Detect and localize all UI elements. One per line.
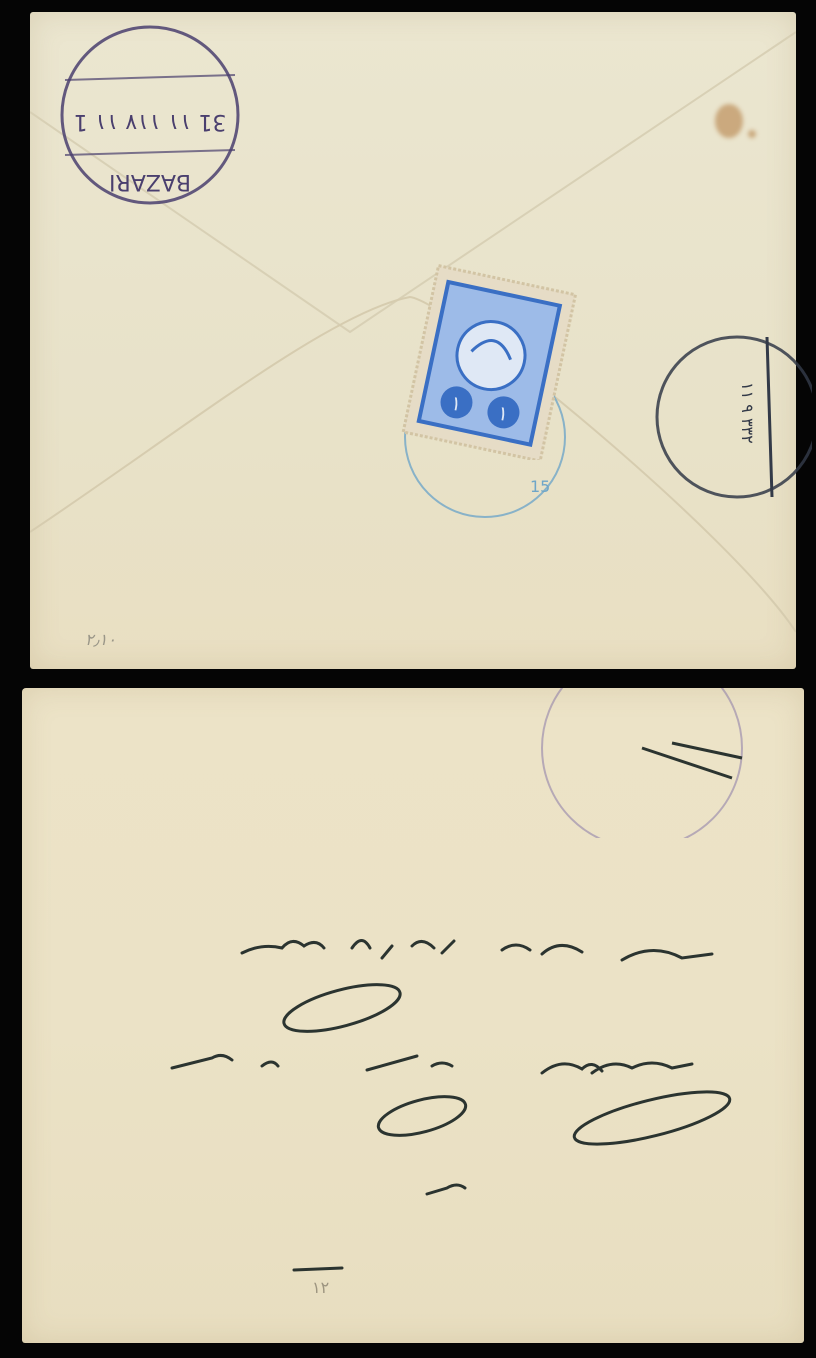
postage-stamp: ١ ١	[398, 260, 578, 460]
front-bottom-mark: ١٢	[312, 1278, 329, 1297]
svg-text:31 ۱۱ ۱۱۷ ۱۱ 1: 31 ۱۱ ۱۱۷ ۱۱ 1	[74, 109, 227, 134]
cover-back: 31 ۱۱ ۱۱۷ ۱۱ 1 BAZARI 15 ١ ١ ۱۱ ۹ ۳۳۲ ۲٫…	[30, 12, 796, 669]
foxing-stain	[748, 130, 756, 138]
svg-text:BAZARI: BAZARI	[109, 169, 191, 194]
svg-text:۱۱ ۹ ۳۳۲: ۱۱ ۹ ۳۳۲	[738, 382, 757, 444]
cover-front: ١٢	[22, 688, 804, 1343]
postmark-top-left: 31 ۱۱ ۱۱۷ ۱۱ 1 BAZARI	[50, 20, 270, 220]
svg-text:15: 15	[530, 477, 550, 496]
handwritten-address	[22, 688, 804, 1343]
postmark-right: ۱۱ ۹ ۳۳۲	[642, 322, 812, 522]
pencil-note: ۲٫۱۰	[85, 630, 116, 649]
foxing-stain	[715, 104, 743, 138]
